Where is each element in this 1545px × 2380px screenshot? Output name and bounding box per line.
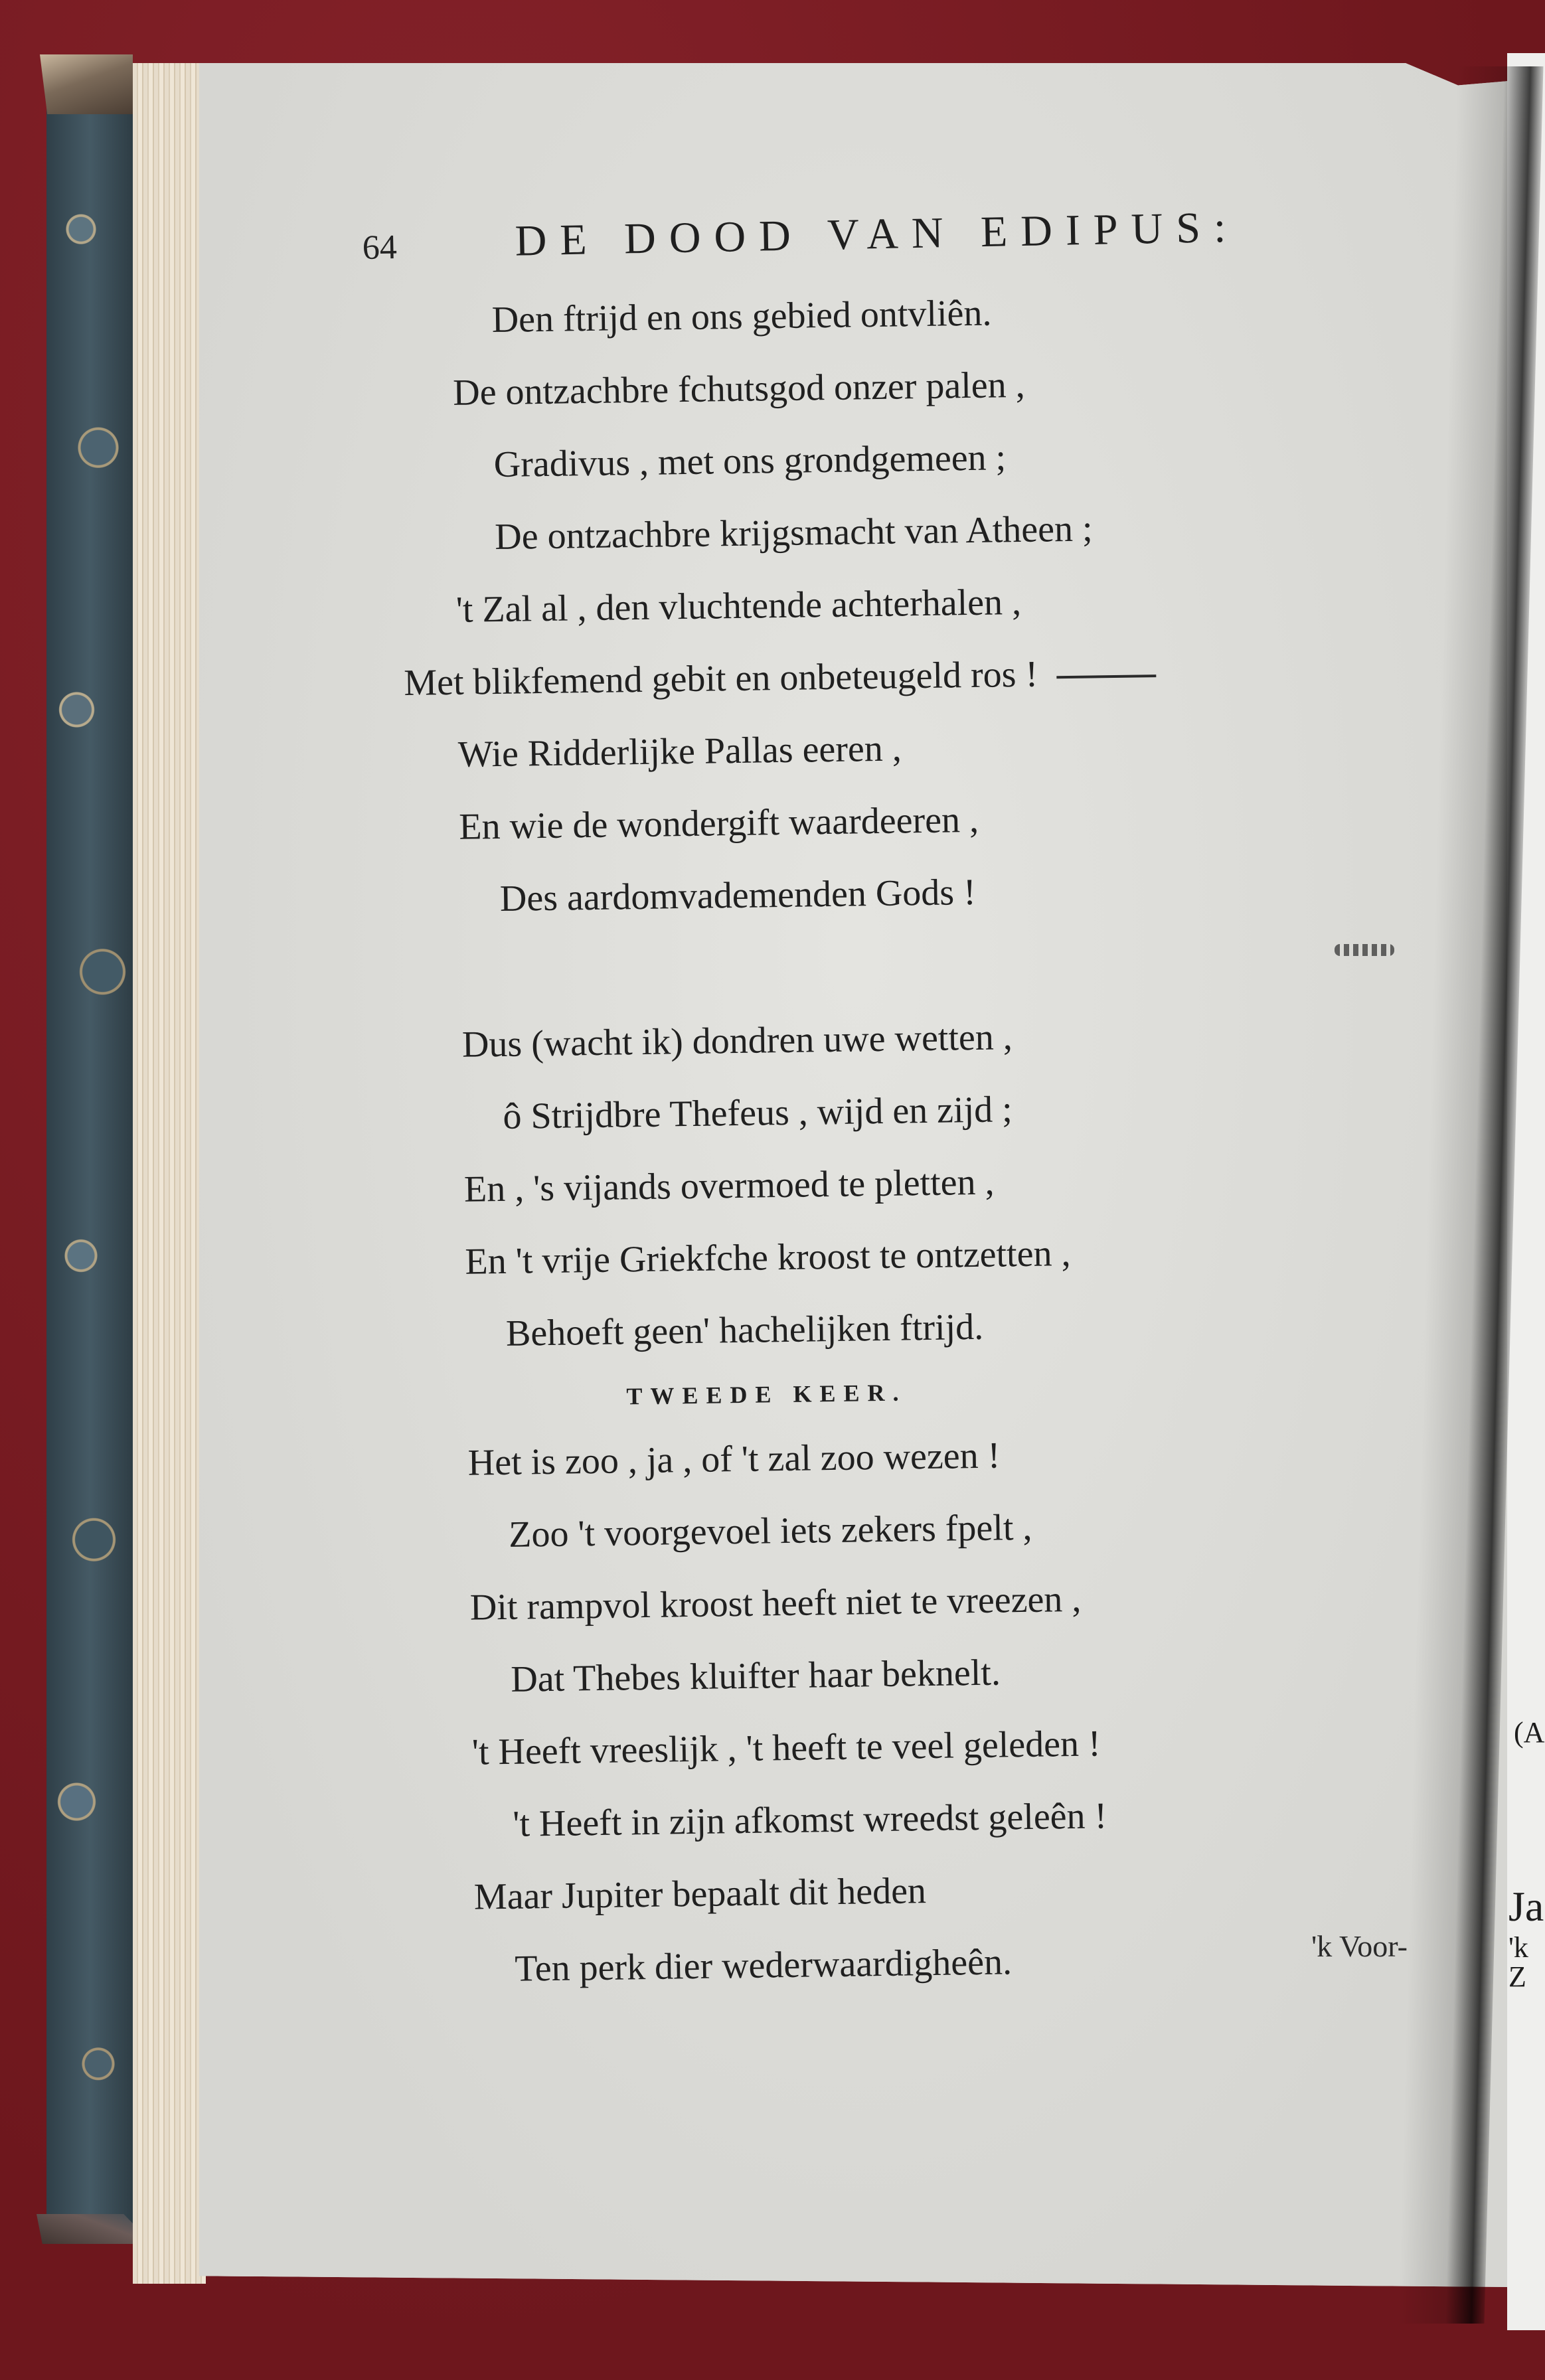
verse-body: Den ftrijd en ons gebied ontvliên.De ont… bbox=[398, 272, 1385, 2007]
verse-line: En wie de wondergift waardeeren , bbox=[406, 779, 1369, 864]
verse-line: 't Heeft vreeslijk , 't heeft te veel ge… bbox=[418, 1704, 1382, 1790]
verse-line-text: Wie Ridderlijke Pallas eeren , bbox=[457, 728, 902, 775]
page-stack-edge bbox=[133, 63, 206, 2284]
verse-line: Dit rampvol kroost heeft niet te vreezen… bbox=[416, 1559, 1380, 1645]
facing-page-fragment: 'k Z bbox=[1508, 1933, 1545, 1992]
leather-corner-top bbox=[40, 54, 133, 114]
facing-page-fragment: Ja, bbox=[1508, 1885, 1545, 1928]
verse-line-text: 't Zal al , den vluchtende achterhalen , bbox=[455, 582, 1021, 631]
verse-line: Wie Ridderlijke Pallas eeren , bbox=[404, 706, 1368, 792]
verse-line-text: Ten perk dier wederwaardigheên. bbox=[515, 1941, 1012, 1989]
verse-line: Behoeft geen' hachelijken ftrijd. bbox=[412, 1286, 1376, 1372]
verse-line: De ontzachbre fchutsgod onzer palen , bbox=[400, 345, 1363, 430]
verse-line-text: Dit rampvol kroost heeft niet te vreezen… bbox=[469, 1579, 1081, 1628]
marbled-board-cover bbox=[46, 54, 133, 2239]
verse-line-text: En , 's vijands overmoed te pletten , bbox=[464, 1162, 995, 1210]
verse-line: Des aardomvademenden Gods ! bbox=[406, 851, 1370, 937]
verse-line: Ten perk dier wederwaardigheên. bbox=[422, 1921, 1385, 2007]
catchword: 'k Voor- bbox=[1311, 1929, 1408, 1964]
verse-line: 't Heeft in zijn afkomst wreedst geleên … bbox=[420, 1777, 1383, 1862]
verse-line: Dus (wacht ik) dondren uwe wetten , bbox=[408, 996, 1372, 1082]
page-number: 64 bbox=[362, 228, 397, 268]
verse-line-text: 't Heeft in zijn afkomst wreedst geleên … bbox=[513, 1795, 1107, 1844]
stanza-gap bbox=[408, 923, 1371, 1010]
verse-line: Den ftrijd en ons gebied ontvliên. bbox=[398, 272, 1362, 358]
verse-line: ô Strijdbre Thefeus , wijd en zijd ; bbox=[410, 1069, 1373, 1154]
verse-line: 't Zal al , den vluchtende achterhalen , bbox=[402, 562, 1366, 647]
verse-line-text: Den ftrijd en ons gebied ontvliên. bbox=[491, 293, 992, 341]
verse-line-text: Behoeft geen' hachelijken ftrijd. bbox=[506, 1307, 984, 1354]
verse-line: En 't vrije Griekfche kroost te ontzette… bbox=[412, 1214, 1375, 1299]
verse-line-text: 't Heeft vreeslijk , 't heeft te veel ge… bbox=[471, 1723, 1101, 1773]
verse-line: De ontzachbre krijgsmacht van Atheen ; bbox=[402, 489, 1365, 575]
verse-line-text: En wie de wondergift waardeeren , bbox=[459, 799, 979, 848]
verse-line: Gradivus , met ons grondgemeen ; bbox=[400, 417, 1364, 503]
facing-page-fragment: (A bbox=[1514, 1718, 1544, 1747]
verse-line: En , 's vijands overmoed te pletten , bbox=[410, 1141, 1374, 1227]
verse-line: Dat Thebes kluifter haar beknelt. bbox=[418, 1632, 1381, 1717]
verse-line-text: Dus (wacht ik) dondren uwe wetten , bbox=[462, 1016, 1013, 1066]
verse-line-text: Des aardomvademenden Gods ! bbox=[499, 872, 976, 919]
verse-line-text: Gradivus , met ons grondgemeen ; bbox=[493, 437, 1006, 485]
verse-line-text: Dat Thebes kluifter haar beknelt. bbox=[511, 1652, 1001, 1700]
verse-line-text: ô Strijdbre Thefeus , wijd en zijd ; bbox=[503, 1089, 1013, 1137]
stanza-2: Dus (wacht ik) dondren uwe wetten ,ô Str… bbox=[408, 996, 1376, 1372]
stanza-1: Den ftrijd en ons gebied ontvliên.De ont… bbox=[398, 272, 1370, 937]
verse-line-text: De ontzachbre krijgsmacht van Atheen ; bbox=[495, 508, 1093, 558]
stanza-3: Het is zoo , ja , of 't zal zoo wezen !Z… bbox=[414, 1415, 1385, 2007]
verse-line-text: Maar Jupiter bepaalt dit heden bbox=[473, 1870, 926, 1918]
verse-line-text: Zoo 't voorgevoel iets zekers fpelt , bbox=[509, 1507, 1032, 1555]
verse-line-text: De ontzachbre fchutsgod onzer palen , bbox=[453, 364, 1025, 414]
verse-line: Zoo 't voorgevoel iets zekers fpelt , bbox=[416, 1487, 1379, 1573]
verse-line: Het is zoo , ja , of 't zal zoo wezen ! bbox=[414, 1415, 1378, 1500]
verse-line-text: Het is zoo , ja , of 't zal zoo wezen ! bbox=[467, 1435, 1000, 1484]
verse-line-text: En 't vrije Griekfche kroost te ontzette… bbox=[465, 1233, 1071, 1283]
subhead-text: TWEEDE KEER. bbox=[626, 1379, 907, 1409]
verse-line: Maar Jupiter bepaalt dit heden bbox=[420, 1849, 1384, 1935]
dash-rule bbox=[1056, 674, 1156, 678]
verse-line: Met blikfemend gebit en onbeteugeld ros … bbox=[404, 634, 1367, 720]
verse-line-text: Met blikfemend gebit en onbeteugeld ros … bbox=[404, 654, 1038, 704]
